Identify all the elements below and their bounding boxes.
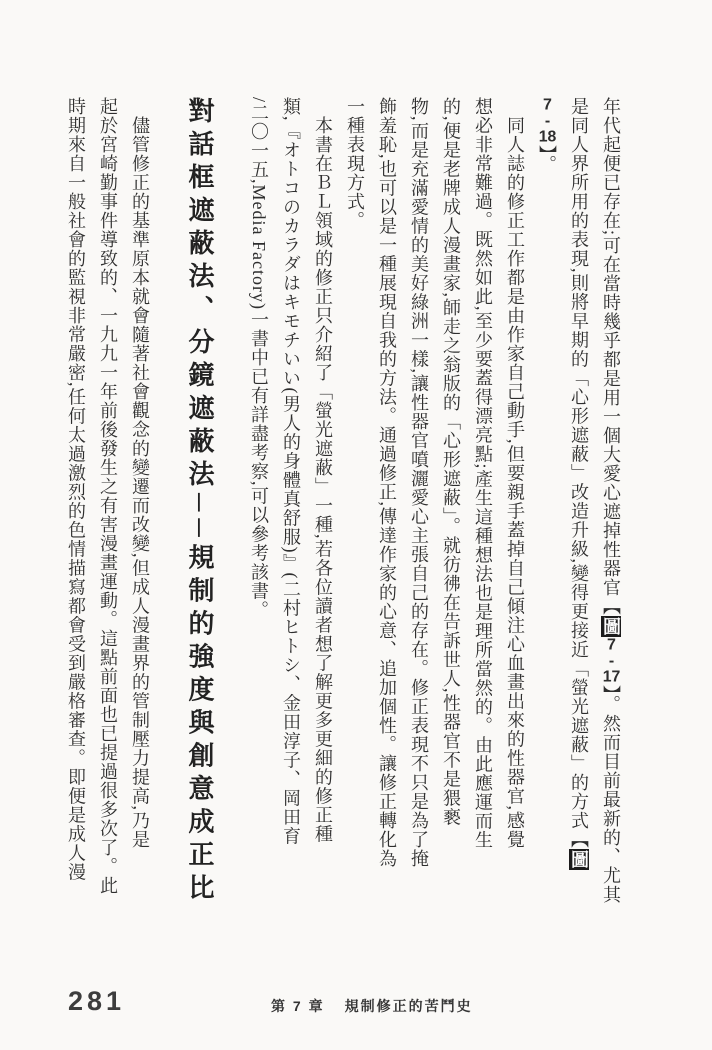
text-column: 時期來自一般社會的監視非常嚴密,任何太過激烈的色情描寫都會受到嚴格審查。即便是成… <box>60 97 92 909</box>
text-column: 想必非常難過。既然如此,至少要蓋得漂亮點;產生這種想法也是理所當然的。由此應運而… <box>467 97 499 909</box>
figure-ref-number: 7 <box>603 637 620 653</box>
text-column: 一種表現方式。 <box>339 97 371 909</box>
text-run: 同人誌的修正工作都是由作家自己動手,但要親手蓋掉自己傾注心血畫出來的性器官,感覺 <box>505 116 525 849</box>
section-heading: 對話框遮蔽法、分鏡遮蔽法──規制的強度與創意成正比 <box>178 97 221 909</box>
text-run: 本書在ＢＬ領域的修正只介紹了「螢光遮蔽」一種,若各位讀者想了解更多更細的修正種 <box>313 116 333 844</box>
text-column: 飾羞恥,也可以是一種展現自我的方法。通過修正,傳達作家的心意、追加個性。讓修正轉… <box>371 97 403 909</box>
text-column: 是同人界所用的表現,則將早期的「心形遮蔽」改造升級,變得更接近「螢光遮蔽」的方式… <box>563 97 595 909</box>
text-run: /二〇一五,Media Factory)一書中已有詳盡考察,可以參考該書。 <box>249 97 269 619</box>
text-run: 起於宮崎勤事件導致的、一九九一年前後發生之有害漫畫運動。這點前面也已提過很多次了… <box>98 97 118 895</box>
figure-ref-number: 17 <box>603 669 620 685</box>
footer-chapter-label: 第 7 章 <box>271 996 325 1016</box>
text-column: 7-18】。 <box>531 97 563 909</box>
text-run: 的,便是老牌成人漫畫家,師走之翁版的「心形遮蔽」。就彷彿在告訴世人,性器官不是猥… <box>441 97 461 827</box>
text-column: 類,『オトコのカラダはキモチいい(男人的身體真舒服)』(二村ヒトシ、金田淳子、岡… <box>275 97 307 909</box>
text-run: 一種表現方式。 <box>345 97 365 230</box>
page-number: 281 <box>68 986 125 1017</box>
text-run: 物,而是充滿愛情的美好綠洲一樣,讓性器官噴灑愛心主張自己的存在。修正表現不只是為… <box>409 97 429 868</box>
figure-ref-box: 圖 <box>601 616 621 637</box>
text-run: 對話框遮蔽法、分鏡遮蔽法──規制的強度與創意成正比 <box>185 97 215 907</box>
text-column: 同人誌的修正工作都是由作家自己動手,但要親手蓋掉自己傾注心血畫出來的性器官,感覺 <box>499 97 531 909</box>
text-column: 物,而是充滿愛情的美好綠洲一樣,讓性器官噴灑愛心主張自己的存在。修正表現不只是為… <box>403 97 435 909</box>
text-column: /二〇一五,Media Factory)一書中已有詳盡考察,可以參考該書。 <box>243 97 275 909</box>
book-page: 年代起便已存在;可在當時幾乎都是用一個大愛心遮掉性器官【圖7-17】。然而目前最… <box>0 0 712 1050</box>
text-run: 】。 <box>537 145 557 174</box>
text-column: 的,便是老牌成人漫畫家,師走之翁版的「心形遮蔽」。就彷彿在告訴世人,性器官不是猥… <box>435 97 467 909</box>
footer-chapter-title: 規制修正的苦鬥史 <box>345 996 473 1016</box>
text-run: 年代起便已存在;可在當時幾乎都是用一個大愛心遮掉性器官【 <box>601 97 621 616</box>
figure-ref-number: - <box>539 113 556 129</box>
text-run: 是同人界所用的表現,則將早期的「心形遮蔽」改造升級,變得更接近「螢光遮蔽」的方式… <box>569 97 589 849</box>
text-run: 時期來自一般社會的監視非常嚴密,任何太過激烈的色情描寫都會受到嚴格審查。即便是成… <box>66 97 86 882</box>
page-footer: 第 7 章 規制修正的苦鬥史 <box>271 996 473 1016</box>
figure-ref-number: 7 <box>539 97 556 113</box>
text-column: 年代起便已存在;可在當時幾乎都是用一個大愛心遮掉性器官【圖7-17】。然而目前最… <box>595 97 627 909</box>
text-run: 想必非常難過。既然如此,至少要蓋得漂亮點;產生這種想法也是理所當然的。由此應運而… <box>473 97 493 850</box>
text-run: 儘管修正的基準原本就會隨著社會觀念的變遷而改變,但成人漫畫界的管制壓力提高,乃是 <box>130 116 150 849</box>
figure-ref-number: 18 <box>539 129 556 145</box>
text-column: 本書在ＢＬ領域的修正只介紹了「螢光遮蔽」一種,若各位讀者想了解更多更細的修正種 <box>307 97 339 909</box>
figure-ref-box: 圖 <box>569 849 589 870</box>
text-column: 儘管修正的基準原本就會隨著社會觀念的變遷而改變,但成人漫畫界的管制壓力提高,乃是 <box>124 97 156 909</box>
text-run: 】。然而目前最新的、尤其 <box>601 685 621 904</box>
text-run: 類,『オトコのカラダはキモチいい(男人的身體真舒服)』(二村ヒトシ、金田淳子、岡… <box>281 97 301 845</box>
text-columns: 年代起便已存在;可在當時幾乎都是用一個大愛心遮掉性器官【圖7-17】。然而目前最… <box>60 97 627 909</box>
figure-ref-number: - <box>603 653 620 669</box>
text-column: 起於宮崎勤事件導致的、一九九一年前後發生之有害漫畫運動。這點前面也已提過很多次了… <box>92 97 124 909</box>
text-run: 飾羞恥,也可以是一種展現自我的方法。通過修正,傳達作家的心意、追加個性。讓修正轉… <box>377 97 397 868</box>
